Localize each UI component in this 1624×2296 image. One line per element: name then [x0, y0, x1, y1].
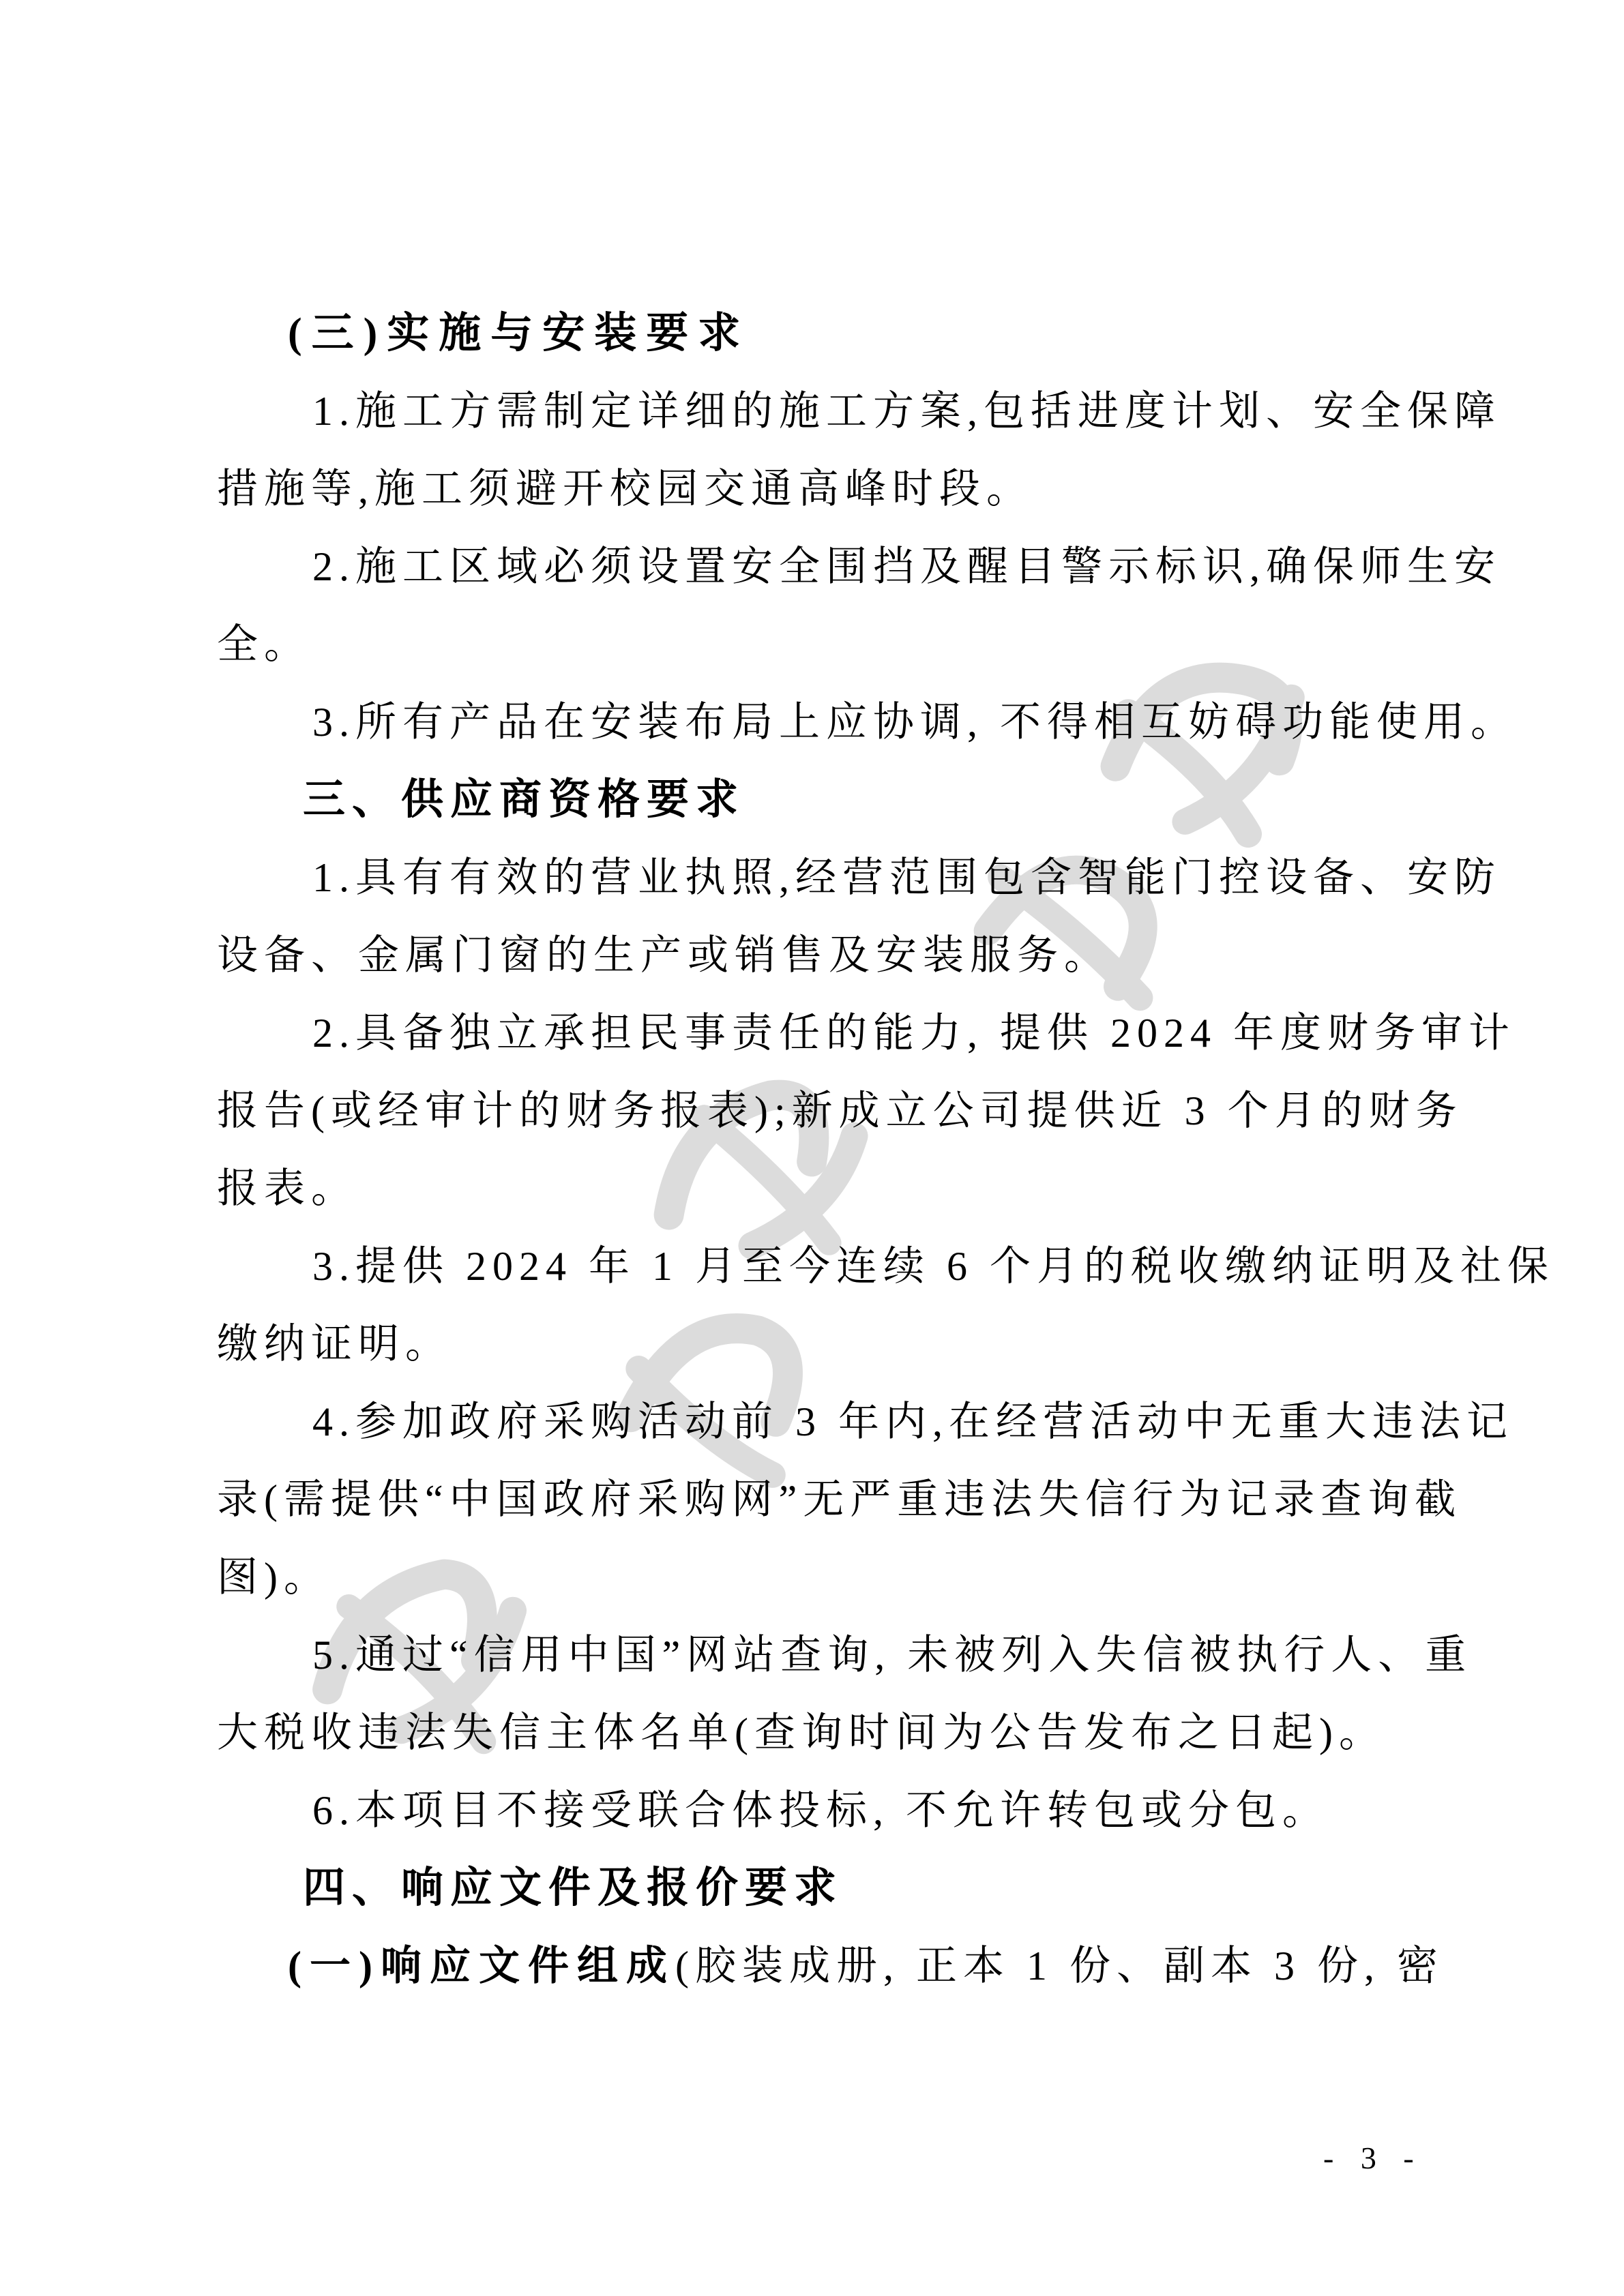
- para-qual-5b: 大税收违法失信主体名单(查询时间为公告发布之日起)。: [217, 1708, 1445, 1758]
- para-qual-2a: 2.具备独立承担民事责任的能力, 提供 2024 年度财务审计: [217, 1008, 1540, 1058]
- para-qual-3a: 3.提供 2024 年 1 月至今连续 6 个月的税收缴纳证明及社保: [217, 1241, 1540, 1292]
- para-install-2a: 2.施工区域必须设置安全围挡及醒目警示标识,确保师生安: [217, 541, 1540, 592]
- para-qual-1a: 1.具有有效的营业执照,经营范围包含智能门控设备、安防: [217, 852, 1540, 903]
- para-qual-4a: 4.参加政府采购活动前 3 年内,在经营活动中无重大违法记: [217, 1397, 1540, 1447]
- para-qual-4c: 图)。: [217, 1552, 1445, 1602]
- response-composition-detail: (胶装成册, 正本 1 份、副本 3 份, 密: [675, 1943, 1444, 1988]
- page-number: - 3 -: [1323, 2140, 1423, 2176]
- para-install-1b: 措施等,施工须避开校园交通高峰时段。: [217, 464, 1445, 514]
- para-install-2b: 全。: [217, 619, 1445, 670]
- para-response-composition: (一)响应文件组成(胶装成册, 正本 1 份、副本 3 份, 密: [217, 1941, 1516, 1991]
- para-qual-2c: 报表。: [217, 1163, 1445, 1214]
- response-composition-label: (一)响应文件组成: [288, 1943, 675, 1988]
- document-page: (三)实施与安装要求 1.施工方需制定详细的施工方案,包括进度计划、安全保障 措…: [0, 0, 1624, 2296]
- para-qual-3b: 缴纳证明。: [217, 1319, 1445, 1369]
- section-heading-supplier-qualification: 三、供应商资格要求: [217, 775, 1531, 825]
- para-qual-4b: 录(需提供“中国政府采购网”无严重违法失信行为记录查询截: [217, 1474, 1445, 1525]
- section-heading-implementation-install: (三)实施与安装要求: [217, 308, 1516, 359]
- para-qual-2b: 报告(或经审计的财务报表);新成立公司提供近 3 个月的财务: [217, 1086, 1445, 1136]
- para-qual-1b: 设备、金属门窗的生产或销售及安装服务。: [217, 930, 1445, 981]
- text-layer: (三)实施与安装要求 1.施工方需制定详细的施工方案,包括进度计划、安全保障 措…: [0, 0, 1624, 2296]
- para-install-3: 3.所有产品在安装布局上应协调, 不得相互妨碍功能使用。: [217, 697, 1540, 747]
- para-install-1a: 1.施工方需制定详细的施工方案,包括进度计划、安全保障: [217, 386, 1540, 436]
- section-heading-response-documents: 四、响应文件及报价要求: [217, 1863, 1531, 1913]
- para-qual-6: 6.本项目不接受联合体投标, 不允许转包或分包。: [217, 1785, 1540, 1836]
- para-qual-5a: 5.通过“信用中国”网站查询, 未被列入失信被执行人、重: [217, 1630, 1540, 1680]
